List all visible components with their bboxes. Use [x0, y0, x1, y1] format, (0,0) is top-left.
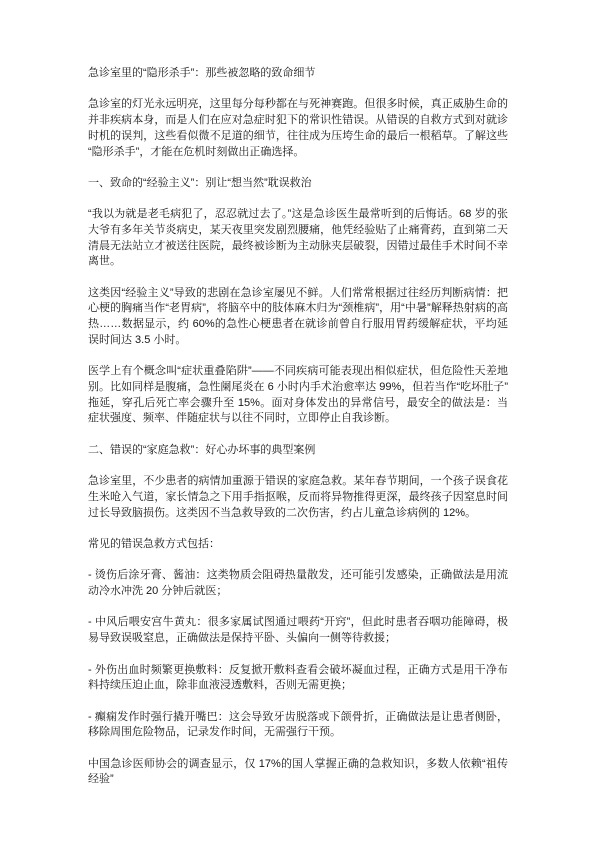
- section-1-paragraph-case-story: “我以为就是老毛病犯了，忍忍就过去了。”这是急诊医生最常听到的后悔话。68 岁的…: [88, 207, 508, 270]
- section-1-heading: 一、致命的“经验主义”：别让“想当然”耽误救治: [88, 176, 508, 192]
- document-title: 急诊室里的“隐形杀手”：那些被忽略的致命细节: [88, 66, 508, 82]
- section-1-paragraph-experience-trap: 这类因“经验主义”导致的悲剧在急诊室屡见不鲜。人们常常根据过往经历判断病情：把心…: [88, 286, 508, 349]
- closing-paragraph: 中国急诊医师协会的调查显示，仅 17%的国人掌握正确的急救知识，多数人依赖“祖传…: [88, 757, 508, 788]
- document-page: 急诊室里的“隐形杀手”：那些被忽略的致命细节 急诊室的灯光永远明亮，这里每分每秒…: [0, 0, 595, 841]
- bullet-item-seizure: - 癫痫发作时强行撬开嘴巴：这会导致牙齿脱落或下颌骨折，正确做法是让患者侧卧，移…: [88, 710, 508, 741]
- section-2-heading: 二、错误的“家庭急救”：好心办坏事的典型案例: [88, 443, 508, 459]
- bullet-list-lead: 常见的错误急救方式包括：: [88, 537, 508, 553]
- bullet-item-stroke: - 中风后喂安宫牛黄丸：很多家属试图通过喂药“开窍”，但此时患者吞咽功能障碍，极…: [88, 615, 508, 646]
- section-1-paragraph-symptom-overlap: 医学上有个概念叫“症状重叠陷阱”——不同疾病可能表现出相似症状，但危险性天差地别…: [88, 364, 508, 427]
- bullet-item-burn: - 烫伤后涂牙膏、酱油：这类物质会阻碍热量散发，还可能引发感染，正确做法是用流动…: [88, 568, 508, 599]
- intro-paragraph: 急诊室的灯光永远明亮，这里每分每秒都在与死神赛跑。但很多时候，真正威胁生命的并非…: [88, 97, 508, 160]
- section-2-paragraph-intro: 急诊室里，不少患者的病情加重源于错误的家庭急救。某年春节期间，一个孩子误食花生米…: [88, 474, 508, 521]
- bullet-item-wound: - 外伤出血时频繁更换敷料：反复掀开敷料查看会破坏凝血过程，正确方式是用干净布料…: [88, 663, 508, 694]
